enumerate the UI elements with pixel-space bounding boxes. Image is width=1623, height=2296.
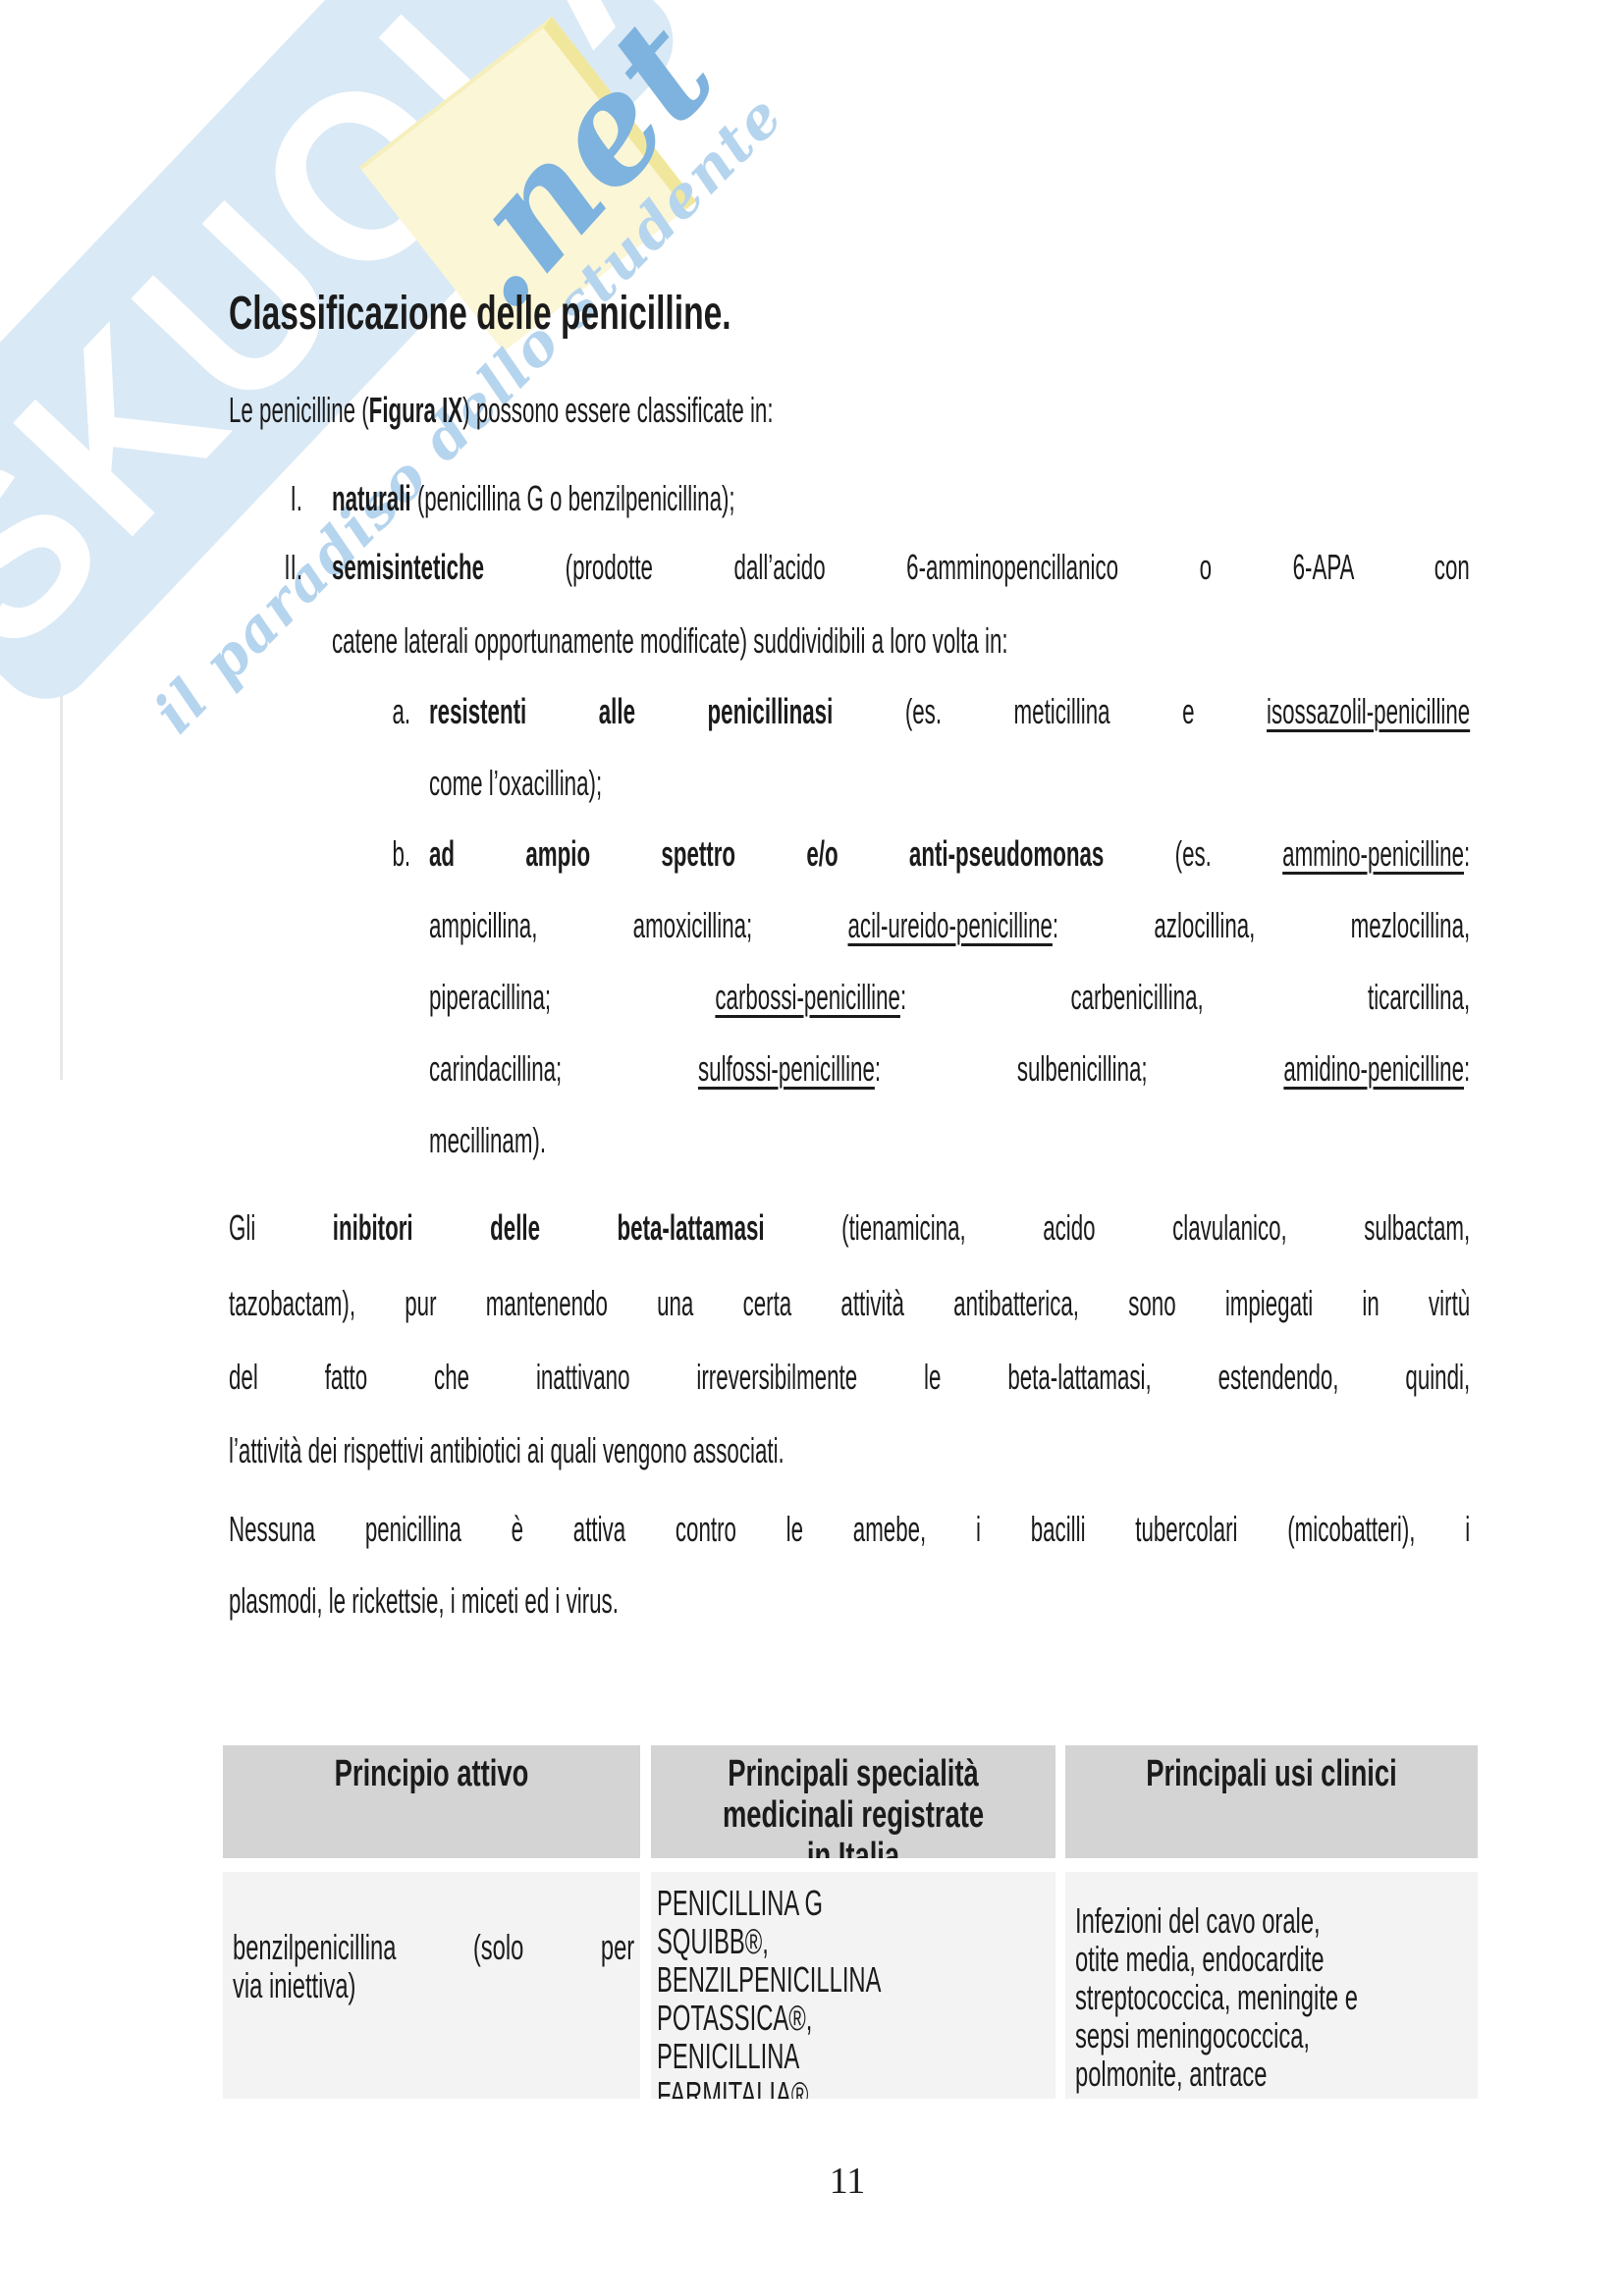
sublist-item-line: piperacillina; carbossi-penicilline: car…: [429, 974, 1470, 1021]
cell-line: via iniettiva): [233, 1966, 497, 2004]
sublist-item-line: mecillinam).: [429, 1117, 1470, 1164]
list-item-line: semisintetiche (prodotte dall’acido 6-am…: [332, 544, 1470, 591]
document-page: SKUOLA .net il paradiso dello studente C…: [0, 0, 1623, 2296]
table-cell-specialita-medicinali: PENICILLINA GSQUIBB®,BENZILPENICILLINAPO…: [651, 1872, 1055, 2099]
cell-line: medicinali registrate: [708, 1794, 1000, 1836]
list-item-line: naturali (penicillina G o benzilpenicill…: [332, 475, 1470, 522]
table-row: benzilpenicillina (solo per via iniettiv…: [223, 1872, 1478, 2099]
paragraph-line: Nessuna penicillina è attiva contro le a…: [229, 1506, 1470, 1553]
list-marker-b: b.: [334, 830, 410, 878]
cell-line: benzilpenicillina (solo per: [233, 1928, 634, 1966]
cell-line: Principali usi clinici: [1123, 1753, 1420, 1794]
cell-line: Principali specialità: [708, 1753, 1000, 1794]
sublist-item-line: carindacillina; sulfossi-penicilline: su…: [429, 1045, 1470, 1093]
cell-line: Principio attivo: [282, 1753, 582, 1794]
table-cell-usi-clinici: Infezioni del cavo orale,otite media, en…: [1065, 1872, 1478, 2099]
table-header-row: Principio attivo Principali specialitàme…: [223, 1745, 1478, 1858]
cell-line: POTASSICA®,: [657, 1999, 917, 2037]
sublist-item-line: ad ampio spettro e/o anti-pseudomonas (e…: [429, 830, 1470, 878]
table-header-specialita-medicinali: Principali specialitàmedicinali registra…: [651, 1745, 1055, 1858]
cell-line: BENZILPENICILLINA: [657, 1960, 917, 1999]
page-number: 11: [813, 2160, 882, 2203]
table-header-principio-attivo: Principio attivo: [223, 1745, 640, 1858]
table-cell-principio-attivo: benzilpenicillina (solo per via iniettiv…: [223, 1872, 640, 2099]
list-marker-roman-2: II.: [229, 544, 302, 591]
paragraph-line: plasmodi, le rickettsie, i miceti ed i v…: [229, 1577, 1470, 1625]
cell-line: Infezioni del cavo orale,: [1075, 1901, 1334, 1940]
paragraph-line: l’attività dei rispettivi antibiotici ai…: [229, 1427, 1470, 1474]
paragraph-line: Gli inibitori delle beta-lattamasi (tien…: [229, 1204, 1470, 1252]
paragraph-line: tazobactam), pur mantenendo una certa at…: [229, 1280, 1470, 1327]
cell-line: FARMITALIA®: [657, 2075, 917, 2099]
paragraph-line: del fatto che inattivano irreversibilmen…: [229, 1354, 1470, 1401]
sublist-item-line: come l’oxacillina);: [429, 760, 1470, 807]
page-title: Classificazione delle penicilline.: [229, 287, 731, 342]
cell-line: streptococcica, meningite e: [1075, 1978, 1334, 2016]
drug-table: Principio attivo Principali specialitàme…: [223, 1745, 1478, 2099]
sublist-item-line: resistenti alle penicillinasi (es. metic…: [429, 688, 1470, 735]
list-marker-roman-1: I.: [229, 475, 302, 522]
sublist-item-line: ampicillina, amoxicillina; acil-ureido-p…: [429, 902, 1470, 949]
paragraph-line: Le penicilline (Figura IX) possono esser…: [229, 387, 1470, 434]
cell-line: sepsi meningococcica,: [1075, 2016, 1334, 2055]
cell-line: PENICILLINA: [657, 2037, 917, 2075]
cell-line: PENICILLINA G: [657, 1884, 917, 1922]
cell-line: otite media, endocardite: [1075, 1940, 1334, 1978]
cell-line: SQUIBB®,: [657, 1922, 917, 1960]
list-marker-a: a.: [334, 688, 410, 735]
cell-line: in Italia: [708, 1836, 1000, 1858]
cell-line: polmonite, antrace: [1075, 2055, 1334, 2093]
list-item-line: catene laterali opportunamente modificat…: [332, 617, 1470, 665]
table-header-usi-clinici: Principali usi clinici: [1065, 1745, 1478, 1858]
